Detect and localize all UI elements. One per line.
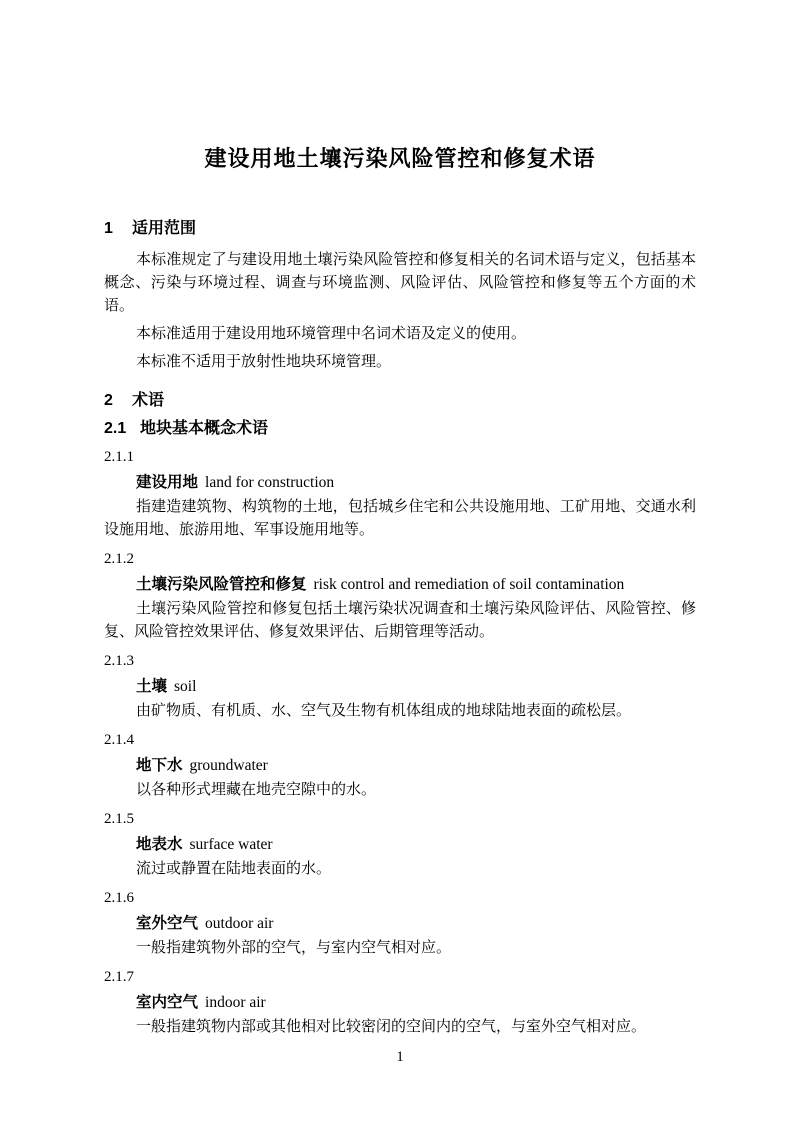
term-line: 建设用地land for construction [104,471,696,494]
term-definition: 指建造建筑物、构筑物的土地，包括城乡住宅和公共设施用地、工矿用地、交通水利设施用… [104,496,696,542]
term-english: land for construction [205,474,334,491]
scope-paragraph-3: 本标准不适用于放射性地块环境管理。 [104,351,696,374]
clause-number: 2.1.3 [104,650,696,673]
term-chinese: 土壤 [136,678,167,695]
section-2-label: 术语 [132,392,164,409]
term-block-2-1-4: 2.1.4 地下水groundwater 以各种形式埋藏在地壳空隙中的水。 [104,729,696,802]
term-definition: 一般指建筑物外部的空气，与室内空气相对应。 [104,937,696,960]
term-chinese: 土壤污染风险管控和修复 [136,576,307,593]
section-1-label: 适用范围 [132,220,196,237]
term-chinese: 室外空气 [136,915,198,932]
term-english: surface water [190,836,273,853]
document-title: 建设用地土壤污染风险管控和修复术语 [104,145,696,173]
term-definition: 由矿物质、有机质、水、空气及生物有机体组成的地球陆地表面的疏松层。 [104,700,696,723]
term-block-2-1-5: 2.1.5 地表水surface water 流过或静置在陆地表面的水。 [104,808,696,881]
term-line: 地下水groundwater [104,754,696,777]
term-definition: 一般指建筑物内部或其他相对比较密闭的空间内的空气，与室外空气相对应。 [104,1016,696,1039]
term-chinese: 地下水 [136,757,183,774]
subsection-2-1-label: 地块基本概念术语 [140,420,268,437]
clause-number: 2.1.1 [104,446,696,469]
term-english: soil [174,678,196,695]
term-block-2-1-1: 2.1.1 建设用地land for construction 指建造建筑物、构… [104,446,696,542]
term-line: 室内空气indoor air [104,991,696,1014]
term-line: 室外空气outdoor air [104,912,696,935]
section-1-number: 1 [104,218,132,240]
term-english: groundwater [190,757,268,774]
clause-number: 2.1.6 [104,887,696,910]
term-chinese: 建设用地 [136,474,198,491]
term-english: indoor air [205,994,266,1011]
subsection-2-1-number: 2.1 [104,418,140,440]
clause-number: 2.1.2 [104,548,696,571]
term-english: outdoor air [205,915,273,932]
clause-number: 2.1.5 [104,808,696,831]
term-definition: 流过或静置在陆地表面的水。 [104,858,696,881]
document-page: 建设用地土壤污染风险管控和修复术语 1适用范围 本标准规定了与建设用地土壤污染风… [0,0,800,1131]
term-definition: 以各种形式埋藏在地壳空隙中的水。 [104,779,696,802]
clause-number: 2.1.4 [104,729,696,752]
term-block-2-1-6: 2.1.6 室外空气outdoor air 一般指建筑物外部的空气，与室内空气相… [104,887,696,960]
term-block-2-1-2: 2.1.2 土壤污染风险管控和修复risk control and remedi… [104,548,696,644]
section-2-number: 2 [104,390,132,412]
term-line: 土壤soil [104,675,696,698]
scope-paragraph-2: 本标准适用于建设用地环境管理中名词术语及定义的使用。 [104,323,696,346]
subsection-2-1-heading: 2.1地块基本概念术语 [104,418,696,440]
term-block-2-1-3: 2.1.3 土壤soil 由矿物质、有机质、水、空气及生物有机体组成的地球陆地表… [104,650,696,723]
term-chinese: 地表水 [136,836,183,853]
term-block-2-1-7: 2.1.7 室内空气indoor air 一般指建筑物内部或其他相对比较密闭的空… [104,966,696,1039]
term-english: risk control and remediation of soil con… [314,576,625,593]
term-definition: 土壤污染风险管控和修复包括土壤污染状况调查和土壤污染风险评估、风险管控、修复、风… [104,598,696,644]
page-number: 1 [0,1049,800,1066]
page-content: 建设用地土壤污染风险管控和修复术语 1适用范围 本标准规定了与建设用地土壤污染风… [0,0,800,1039]
section-1-heading: 1适用范围 [104,218,696,240]
section-2-heading: 2术语 [104,390,696,412]
term-chinese: 室内空气 [136,994,198,1011]
term-line: 地表水surface water [104,833,696,856]
term-line: 土壤污染风险管控和修复risk control and remediation … [104,573,696,596]
scope-paragraph-1: 本标准规定了与建设用地土壤污染风险管控和修复相关的名词术语与定义，包括基本概念、… [104,249,696,318]
clause-number: 2.1.7 [104,966,696,989]
